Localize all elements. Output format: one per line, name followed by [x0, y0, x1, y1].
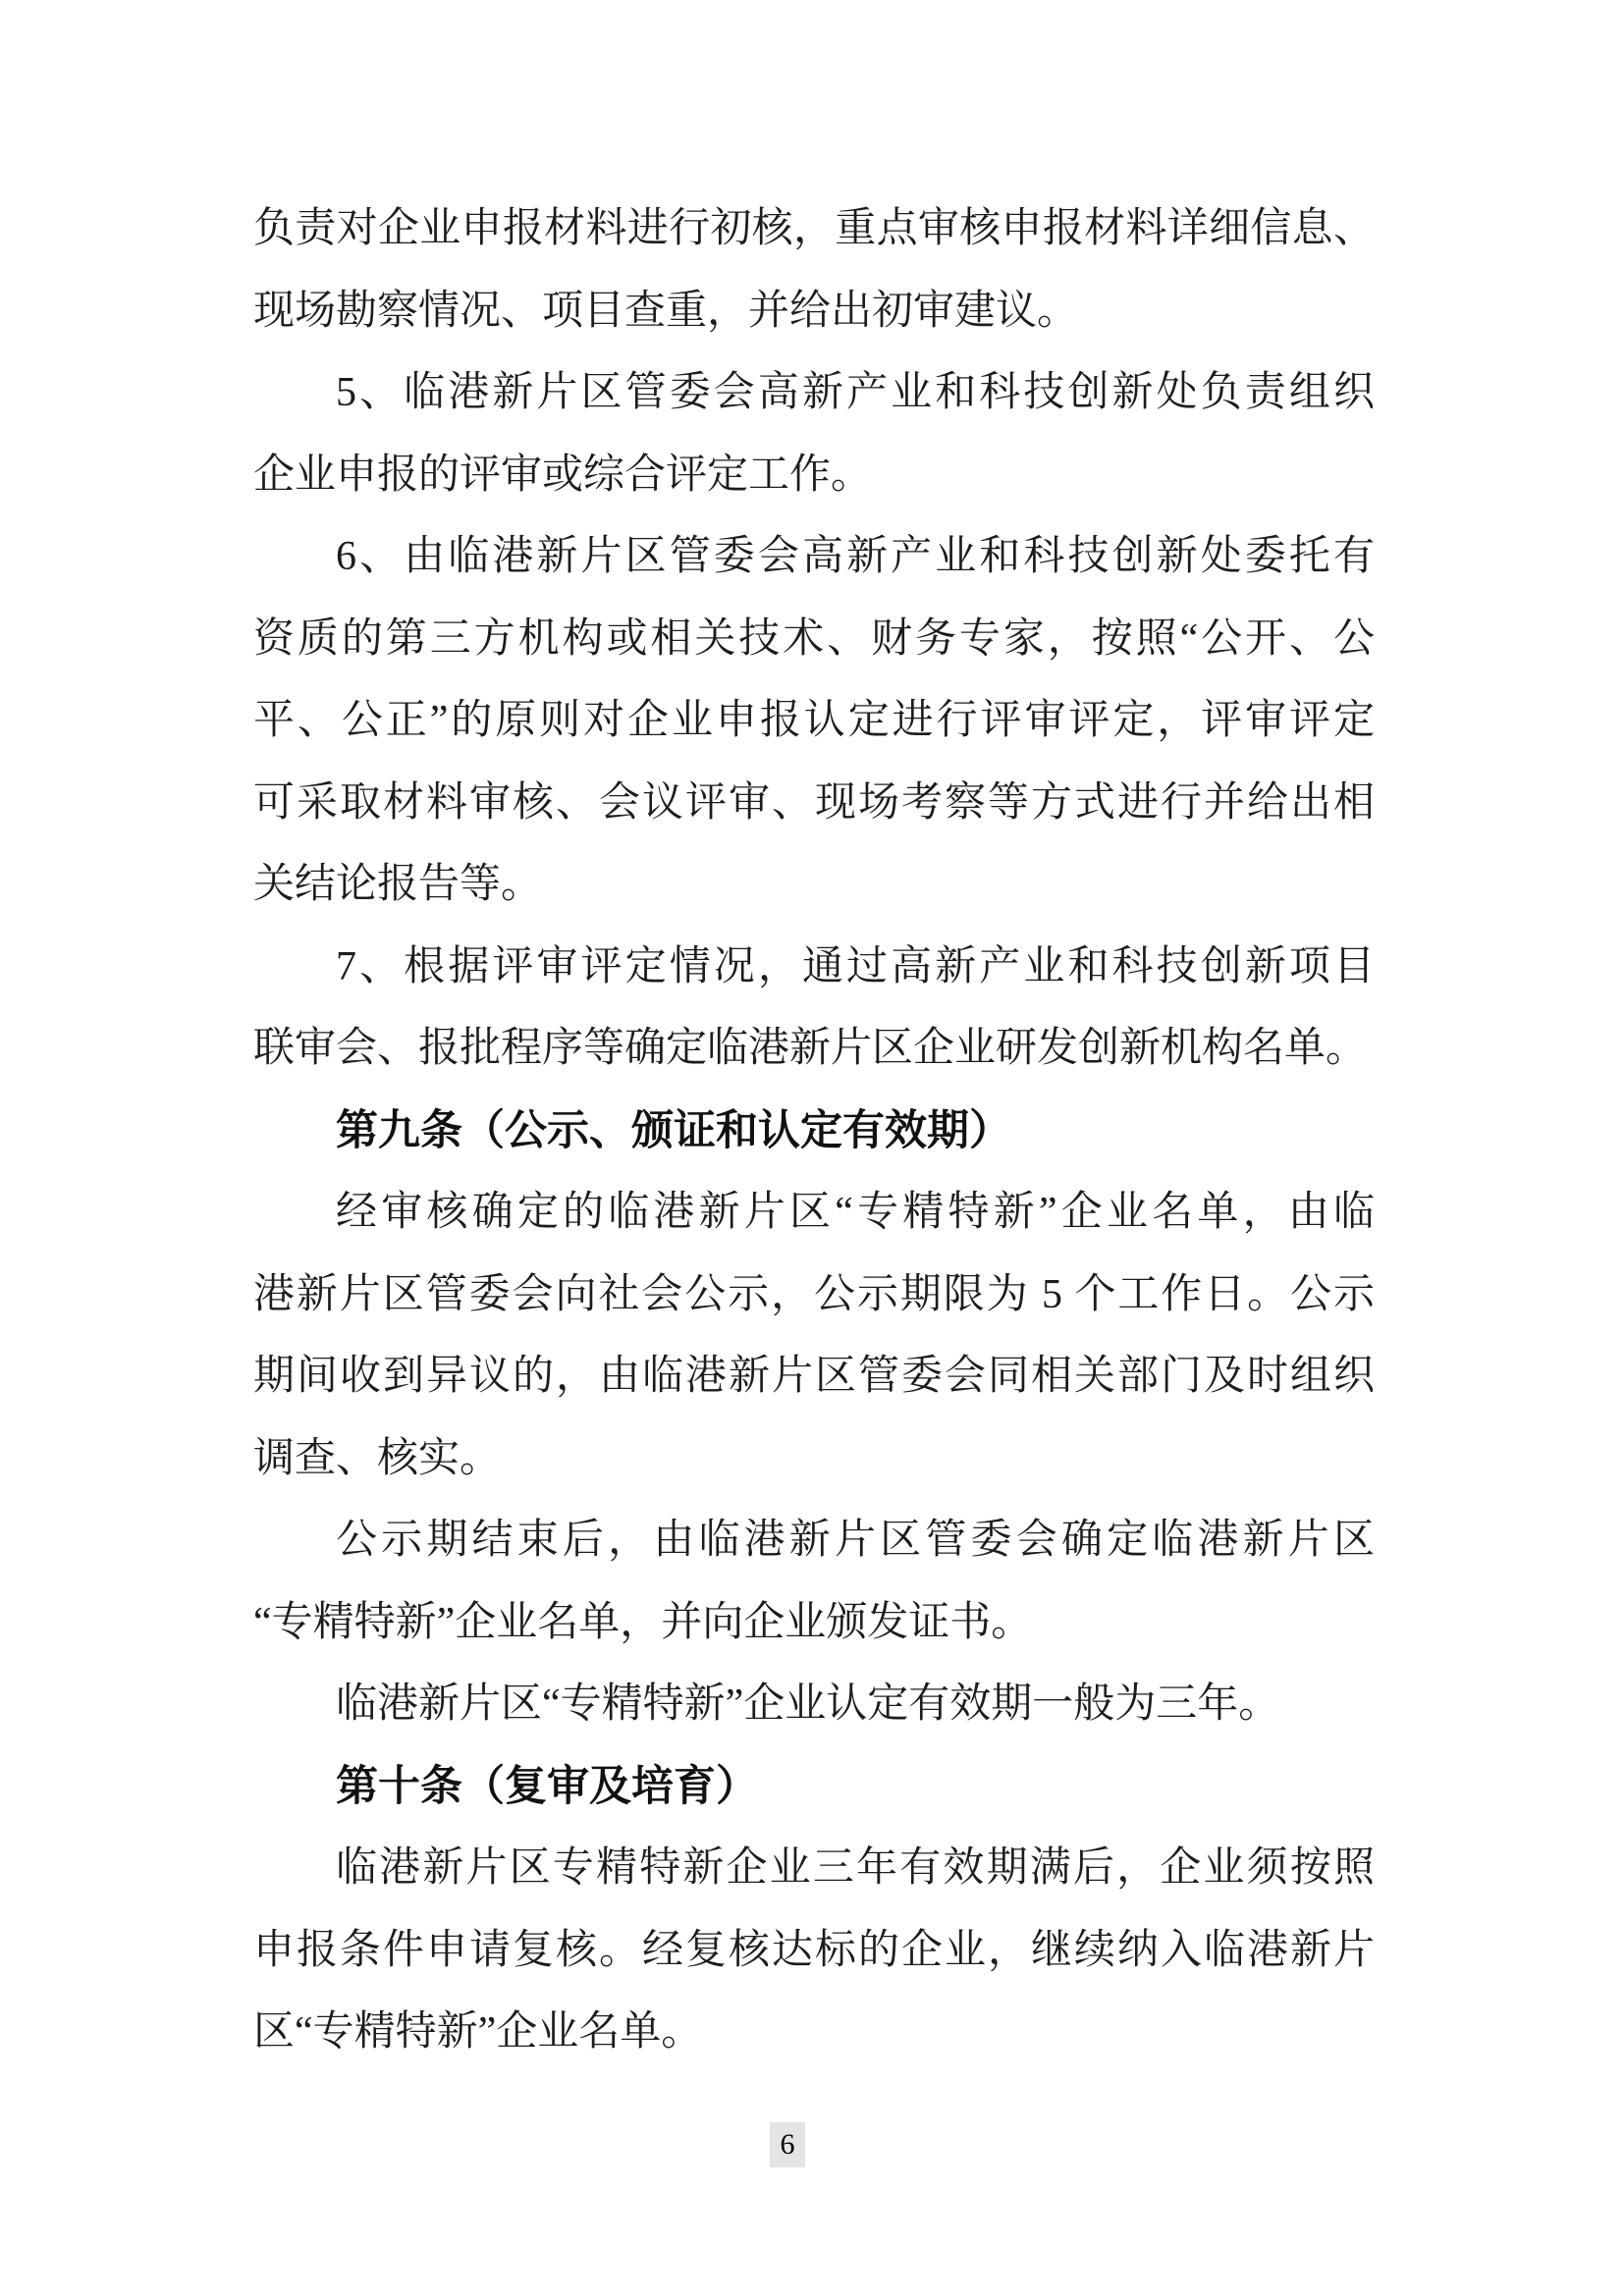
- text-line: 经审核确定的临港新片区“专精特新”企业名单，由临: [253, 1172, 1375, 1255]
- text-line: 联审会、报批程序等确定临港新片区企业研发创新机构名单。: [253, 1008, 1375, 1091]
- section-heading: 第九条（公示、颁证和认定有效期）: [253, 1091, 1375, 1173]
- section-heading: 第十条（复审及培育）: [253, 1746, 1375, 1829]
- text-line: 调查、核实。: [253, 1418, 1375, 1501]
- text-line: 企业申报的评审或综合评定工作。: [253, 435, 1375, 517]
- document-page: 负责对企业申报材料进行初核，重点审核申报材料详细信息、现场勘察情况、项目查重，并…: [0, 0, 1624, 2296]
- text-line: 公示期结束后，由临港新片区管委会确定临港新片区: [253, 1500, 1375, 1582]
- text-line: 资质的第三方机构或相关技术、财务专家，按照“公开、公: [253, 599, 1375, 681]
- text-line: 临港新片区“专精特新”企业认定有效期一般为三年。: [253, 1664, 1375, 1746]
- text-line: 关结论报告等。: [253, 844, 1375, 927]
- text-line: 现场勘察情况、项目查重，并给出初审建议。: [253, 271, 1375, 353]
- text-line: 可采取材料审核、会议评审、现场考察等方式进行并给出相: [253, 763, 1375, 845]
- text-line: 临港新片区专精特新企业三年有效期满后，企业须按照: [253, 1828, 1375, 1910]
- text-line: 7、根据评审评定情况，通过高新产业和科技创新项目: [253, 927, 1375, 1009]
- text-line: 申报条件申请复核。经复核达标的企业，继续纳入临港新片: [253, 1910, 1375, 1993]
- text-line: 期间收到异议的，由临港新片区管委会同相关部门及时组织: [253, 1336, 1375, 1418]
- text-line: 5、临港新片区管委会高新产业和科技创新处负责组织: [253, 352, 1375, 435]
- document-body: 负责对企业申报材料进行初核，重点审核申报材料详细信息、现场勘察情况、项目查重，并…: [253, 188, 1375, 2074]
- text-line: 负责对企业申报材料进行初核，重点审核申报材料详细信息、: [253, 188, 1375, 271]
- text-line: 平、公正”的原则对企业申报认定进行评审评定，评审评定: [253, 680, 1375, 763]
- text-line: “专精特新”企业名单，并向企业颁发证书。: [253, 1582, 1375, 1665]
- page-number: 6: [770, 2122, 805, 2167]
- text-line: 6、由临港新片区管委会高新产业和科技创新处委托有: [253, 516, 1375, 599]
- text-line: 区“专精特新”企业名单。: [253, 1992, 1375, 2074]
- text-line: 港新片区管委会向社会公示，公示期限为 5 个工作日。公示: [253, 1255, 1375, 1337]
